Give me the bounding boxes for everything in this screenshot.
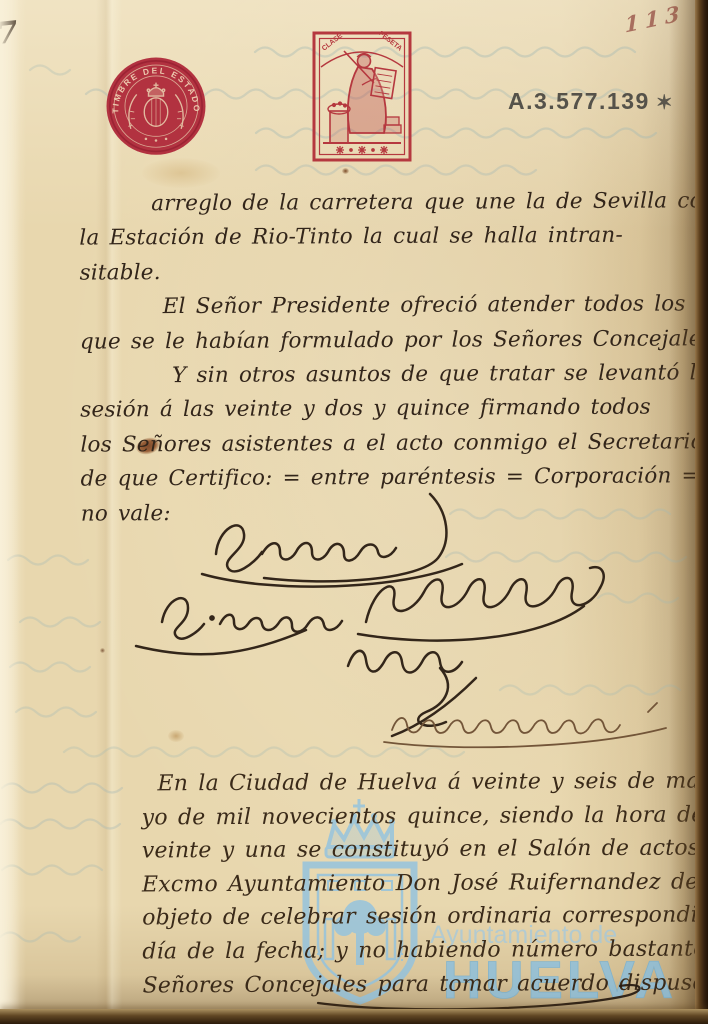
paper-speck xyxy=(100,648,105,653)
binding-edge-right xyxy=(695,0,708,1024)
manuscript-line: los Señores asistentes a el acto conmigo… xyxy=(80,425,680,463)
paper-speck xyxy=(168,730,184,742)
signature-4 xyxy=(348,651,476,736)
manuscript-line: Excmo Ayuntamiento Don José Ruifernandez… xyxy=(142,865,698,902)
manuscript-line: objeto de celebrar sesión ordinaria corr… xyxy=(142,899,698,936)
manuscript-line: de que Certifico: = entre paréntesis = C… xyxy=(81,460,681,498)
paper-stain xyxy=(142,158,220,188)
manuscript-page: Ayuntamiento de HUELVA TIMBRE DEL ESTADO xyxy=(0,0,708,1024)
manuscript-line: Señores Concejales para tomar acuerdo di… xyxy=(142,966,698,1003)
manuscript-paragraph-2: En la Ciudad de Huelva á veinte y seis d… xyxy=(141,765,698,1003)
page-gutter-shadow xyxy=(669,0,695,1024)
manuscript-line: no vale: xyxy=(81,494,681,532)
tax-stamp: CLASE PESETA xyxy=(312,31,412,162)
signature-3 xyxy=(358,567,604,640)
timbre-del-estado-seal: TIMBRE DEL ESTADO xyxy=(104,50,208,164)
serial-number-text: A.3.577.139 xyxy=(508,88,650,114)
manuscript-line: En la Ciudad de Huelva á veinte y seis d… xyxy=(141,765,697,802)
manuscript-line: El Señor Presidente ofreció atender todo… xyxy=(80,288,680,326)
signature-2 xyxy=(136,598,342,654)
tax-stamp-class-label: CLASE xyxy=(321,32,344,52)
manuscript-line: Y sin otros asuntos de que tratar se lev… xyxy=(80,356,680,394)
manuscript-line: la Estación de Rio-Tinto la cual se hall… xyxy=(79,219,679,257)
paper-speck xyxy=(342,168,349,174)
manuscript-line: veinte y una se constituyó en el Salón d… xyxy=(142,832,698,869)
manuscript-paragraph-1: arreglo de la carretera que une la de Se… xyxy=(79,184,681,531)
manuscript-line: que se le habían formulado por los Señor… xyxy=(80,322,680,360)
serial-number: A.3.577.139✶ xyxy=(508,88,674,115)
manuscript-line: arreglo de la carretera que une la de Se… xyxy=(79,184,679,222)
manuscript-line: sitable. xyxy=(79,253,679,291)
manuscript-line: sesión á las veinte y dos y quince firma… xyxy=(80,391,680,429)
manuscript-line: día de la fecha; y no habiendo número ba… xyxy=(142,933,698,970)
signature-5 xyxy=(384,703,666,747)
tax-stamp-ornament-band xyxy=(336,146,388,154)
page-left-edge xyxy=(0,0,20,1024)
manuscript-line: yo de mil novecientos quince, siendo la … xyxy=(142,798,698,835)
binding-edge-bottom xyxy=(0,1009,708,1024)
